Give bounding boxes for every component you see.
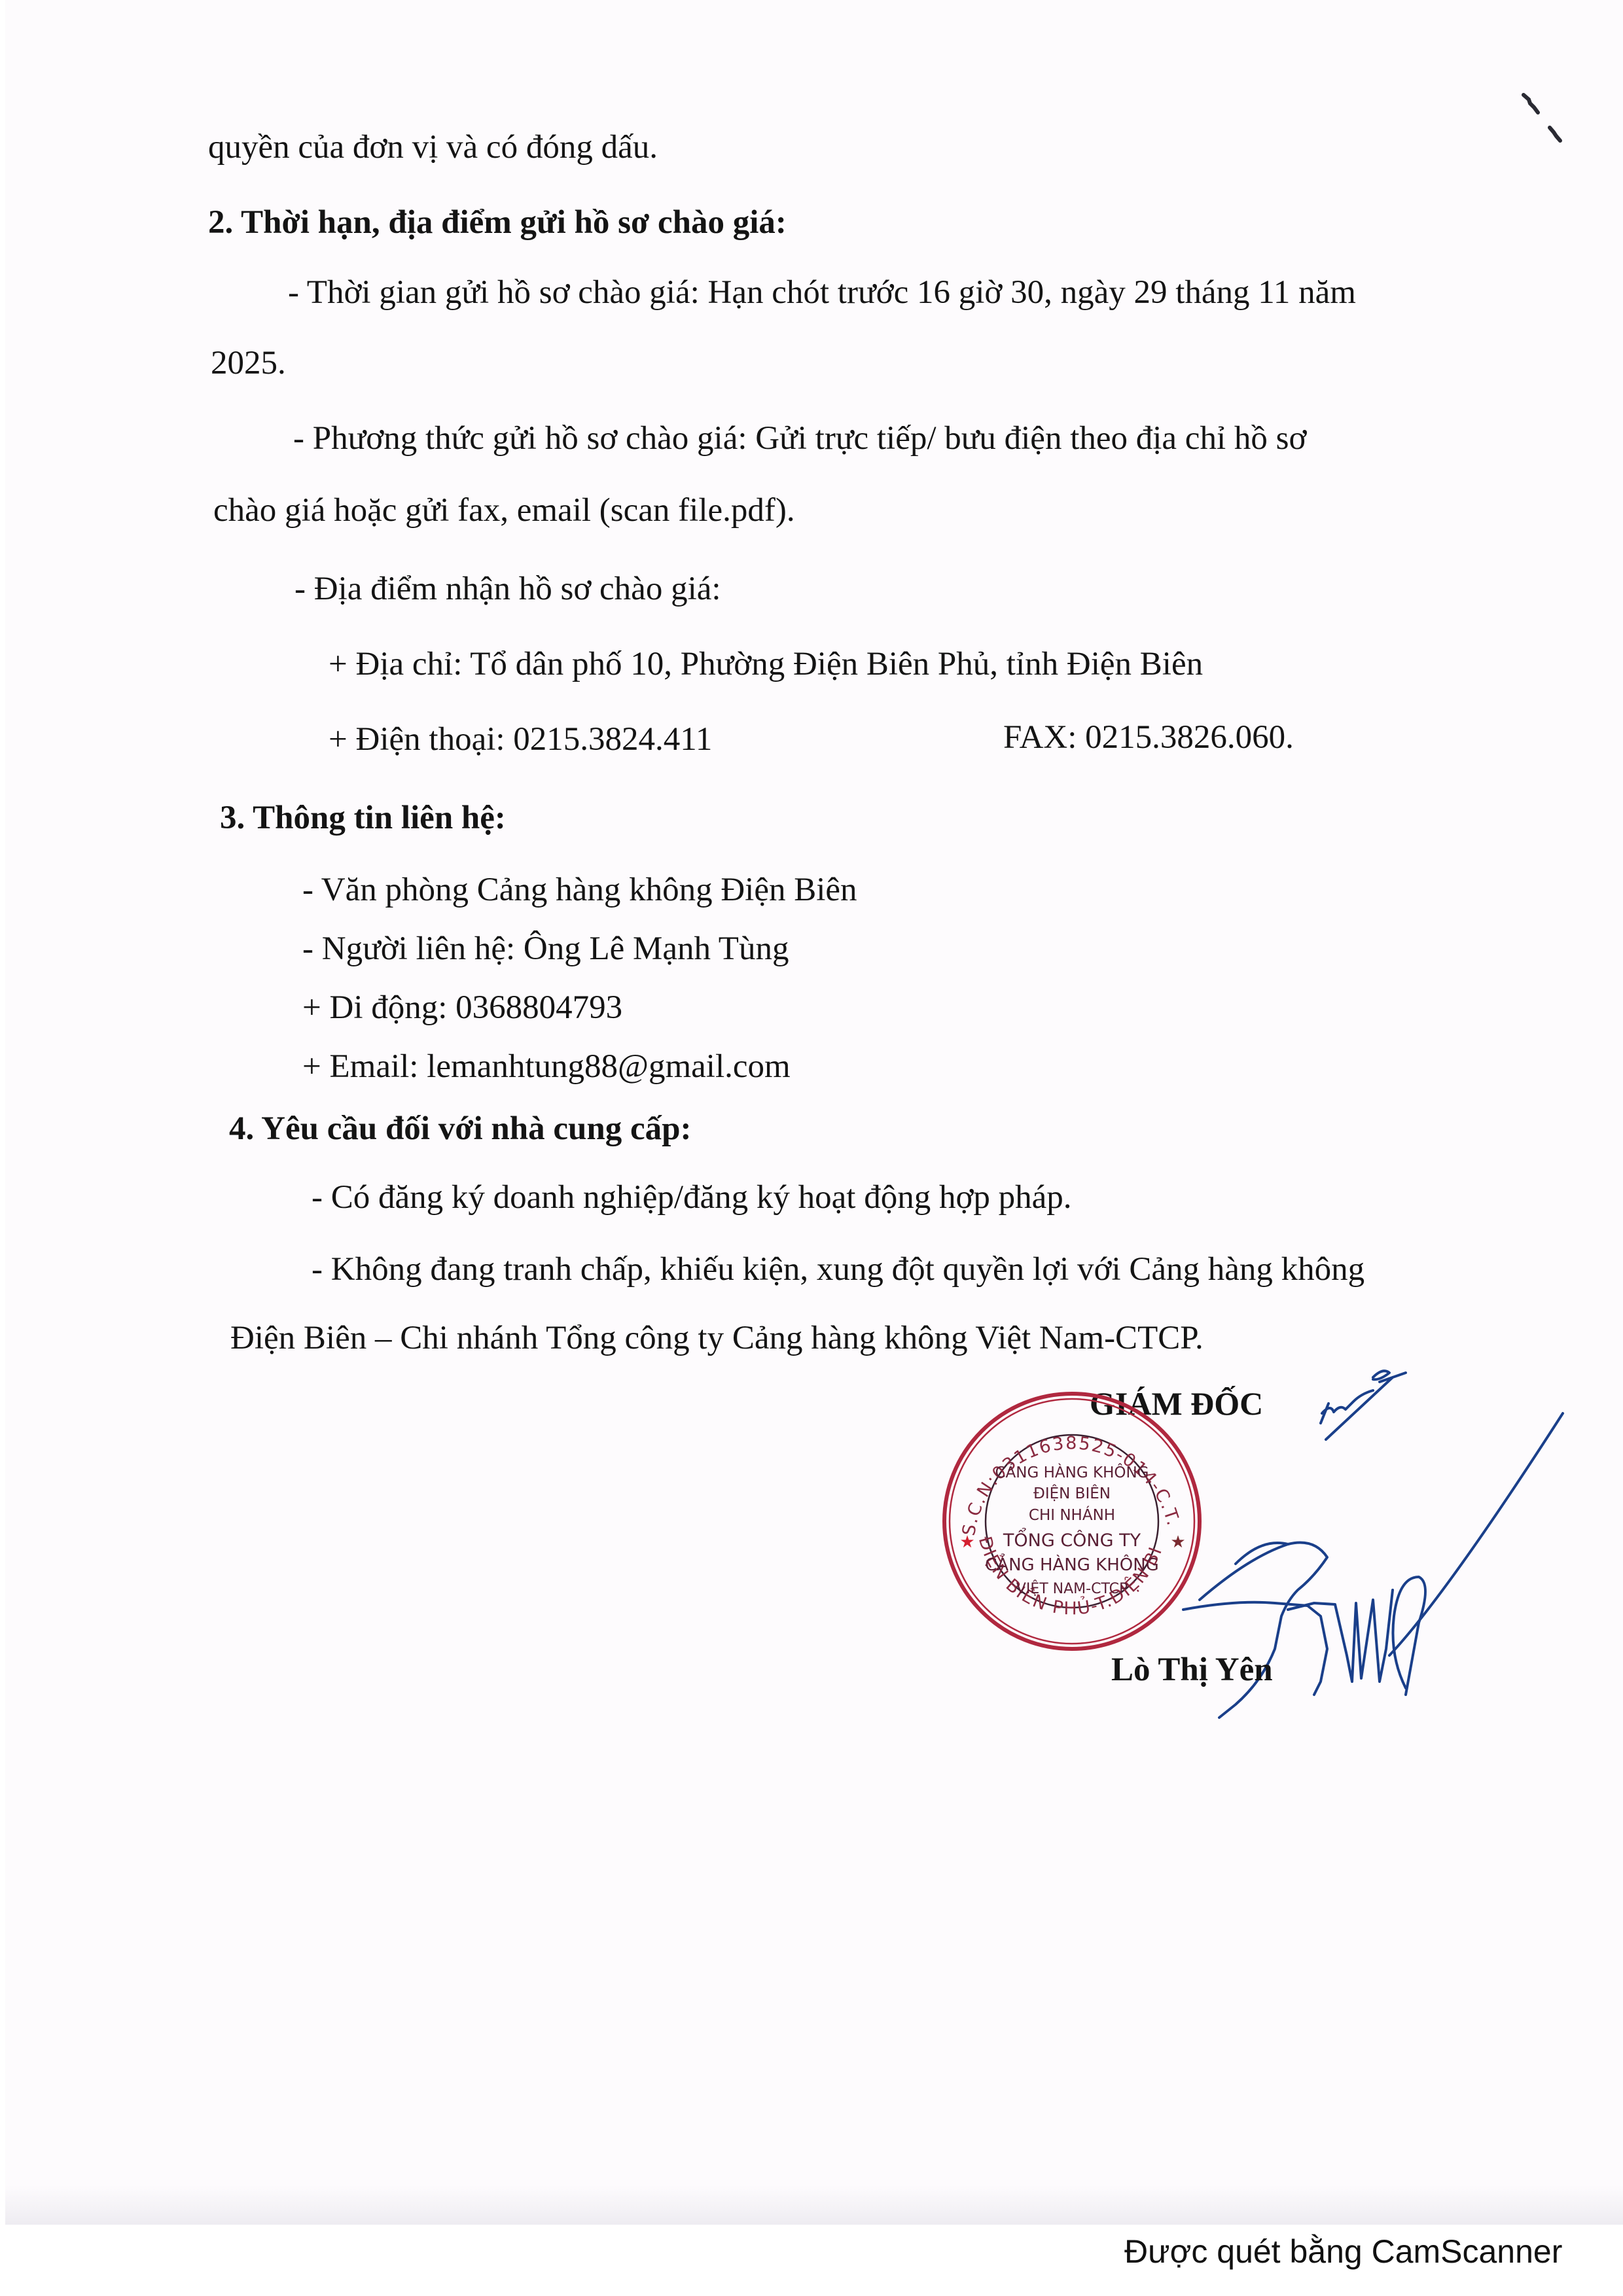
contact-mobile: + Di động: 0368804793 [302, 991, 622, 1025]
phone-line: + Điện thoại: 0215.3824.411 [329, 723, 712, 756]
deadline-line-2: 2025. [211, 347, 286, 380]
scan-mark-icon [1510, 79, 1589, 150]
contact-email: + Email: lemanhtung88@gmail.com [302, 1050, 791, 1084]
location-label: - Địa điểm nhận hồ sơ chào giá: [294, 573, 721, 606]
method-line-2: chào giá hoặc gửi fax, email (scan file.… [213, 494, 795, 527]
section-2-heading: 2. Thời hạn, địa điểm gửi hồ sơ chào giá… [208, 206, 787, 239]
camscanner-watermark: Được quét bằng CamScanner [1124, 2233, 1562, 2270]
signer-name: Lò Thị Yên [1111, 1653, 1273, 1687]
deadline-line-1: - Thời gian gửi hồ sơ chào giá: Hạn chót… [288, 276, 1356, 309]
section-3-heading: 3. Thông tin liên hệ: [220, 802, 506, 835]
address-line: + Địa chỉ: Tổ dân phố 10, Phường Điện Bi… [329, 648, 1203, 681]
fax-line: FAX: 0215.3826.060. [1003, 721, 1294, 754]
scanned-page: quyền của đơn vị và có đóng dấu. 2. Thời… [5, 0, 1623, 2225]
requirement-2-line-1: - Không đang tranh chấp, khiếu kiện, xun… [312, 1253, 1364, 1286]
contact-office: - Văn phòng Cảng hàng không Điện Biên [302, 874, 857, 907]
requirement-1: - Có đăng ký doanh nghiệp/đăng ký hoạt đ… [312, 1181, 1072, 1214]
section-4-heading: 4. Yêu cầu đối với nhà cung cấp: [229, 1112, 691, 1146]
continuation-line: quyền của đơn vị và có đóng dấu. [208, 131, 658, 164]
method-line-1: - Phương thức gửi hồ sơ chào giá: Gửi tr… [293, 422, 1306, 455]
contact-person: - Người liên hệ: Ông Lê Mạnh Tùng [302, 932, 789, 966]
